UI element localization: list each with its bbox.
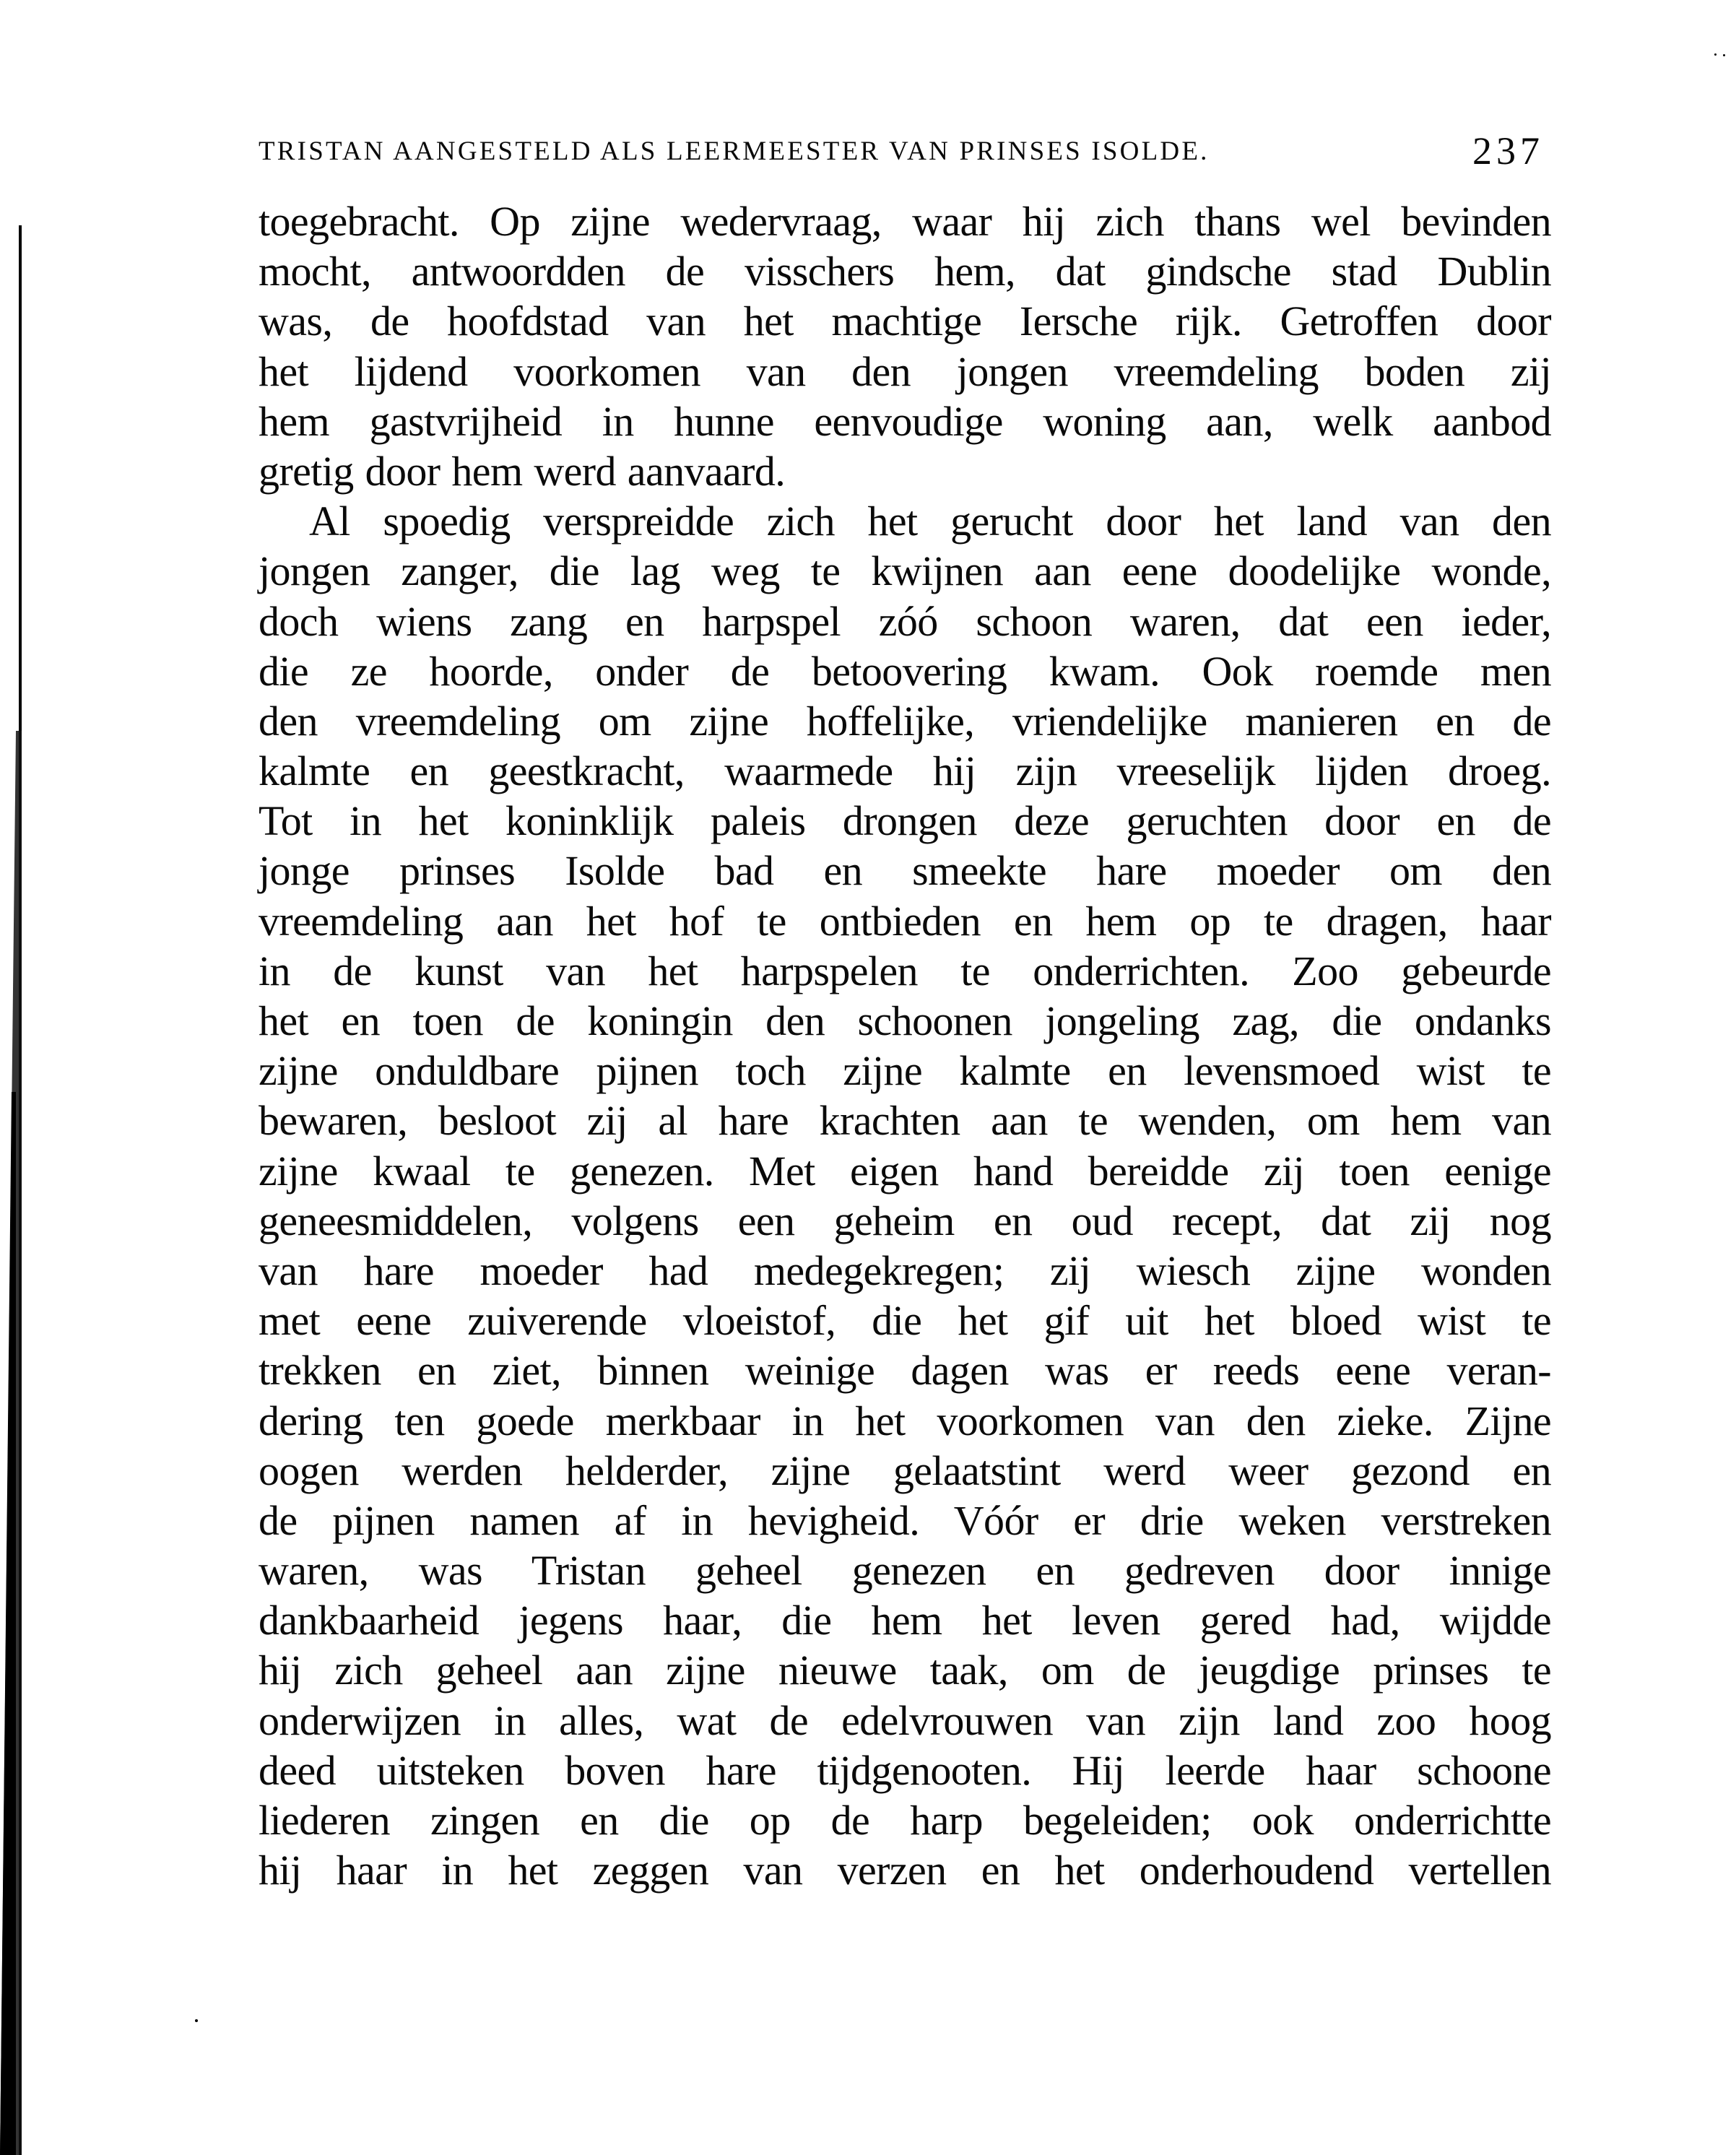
text-line: liederen zingen en die op de harp begele… [259,1795,1551,1845]
text-line: deed uitsteken boven hare tijdgenooten. … [259,1746,1551,1795]
text-line: hem gastvrijheid in hunne eenvoudige won… [259,396,1551,446]
text-line: Tot in het koninklijk paleis drongen dez… [259,796,1551,846]
paragraph: Al spoedig verspreidde zich het gerucht … [259,496,1551,1945]
text-line: toegebracht. Op zijne wedervraag, waar h… [259,196,1551,246]
running-title: Tristan aangesteld als leermeester van p… [259,136,1210,167]
text-line: de pijnen namen af in hevigheid. Vóór er… [259,1496,1551,1545]
text-line: waren, was Tristan geheel genezen en ged… [259,1545,1551,1595]
text-line: hij haar in het zeggen van verzen en het… [259,1845,1551,1895]
text-line: jongen zanger, die lag weg te kwijnen aa… [259,546,1551,596]
text-line: gretig door hem werd aanvaard. [259,446,1551,496]
scan-speck [1723,54,1725,56]
paragraph: toegebracht. Op zijne wedervraag, waar h… [259,196,1551,496]
text-line: onderwijzen in alles, wat de edelvrouwen… [259,1696,1551,1746]
text-line: trekken en ziet, binnen weinige dagen wa… [259,1345,1551,1395]
text-line: in de kunst van het harpspelen te onderr… [259,946,1551,996]
body-text: toegebracht. Op zijne wedervraag, waar h… [259,196,1551,1946]
text-line: den vreemdeling om zijne hoffelijke, vri… [259,696,1551,746]
text-line: jonge prinses Isolde bad en smeekte hare… [259,846,1551,896]
text-line: kalmte en geestkracht, waarmede hij zijn… [259,746,1551,796]
text-line: zijne onduldbare pijnen toch zijne kalmt… [259,1046,1551,1096]
text-line: Al spoedig verspreidde zich het gerucht … [259,496,1551,546]
text-line: was, de hoofdstad van het machtige Iersc… [259,296,1551,346]
text-line: die ze hoorde, onder de betoovering kwam… [259,646,1551,696]
text-line: zijne kwaal te genezen. Met eigen hand b… [259,1146,1551,1196]
text-line: van hare moeder had medegekregen; zij wi… [259,1246,1551,1296]
text-line: bewaren, besloot zij al hare krachten aa… [259,1096,1551,1145]
running-header: Tristan aangesteld als leermeester van p… [259,129,1544,179]
text-line: vreemdeling aan het hof te ontbieden en … [259,896,1551,946]
text-line: dankbaarheid jegens haar, die hem het le… [259,1595,1551,1645]
text-line: mocht, antwoordden de visschers hem, dat… [259,246,1551,296]
page-binding-edge [0,225,29,2155]
text-line: met eene zuiverende vloeistof, die het g… [259,1296,1551,1345]
scan-speck [195,2019,198,2022]
text-line: dering ten goede merkbaar in het voorkom… [259,1396,1551,1446]
text-line: oogen werden helderder, zijne gelaatstin… [259,1446,1551,1496]
text-line: hij zich geheel aan zijne nieuwe taak, o… [259,1645,1551,1695]
text-line: geneesmiddelen, volgens een geheim en ou… [259,1196,1551,1246]
scan-speck [1714,53,1717,56]
text-line: het en toen de koningin den schoonen jon… [259,996,1551,1046]
text-line: het lijdend voorkomen van den jongen vre… [259,347,1551,396]
page-number: 237 [1472,129,1544,173]
text-line: doch wiens zang en harpspel zóó schoon w… [259,597,1551,646]
text-line [259,1895,1551,1945]
